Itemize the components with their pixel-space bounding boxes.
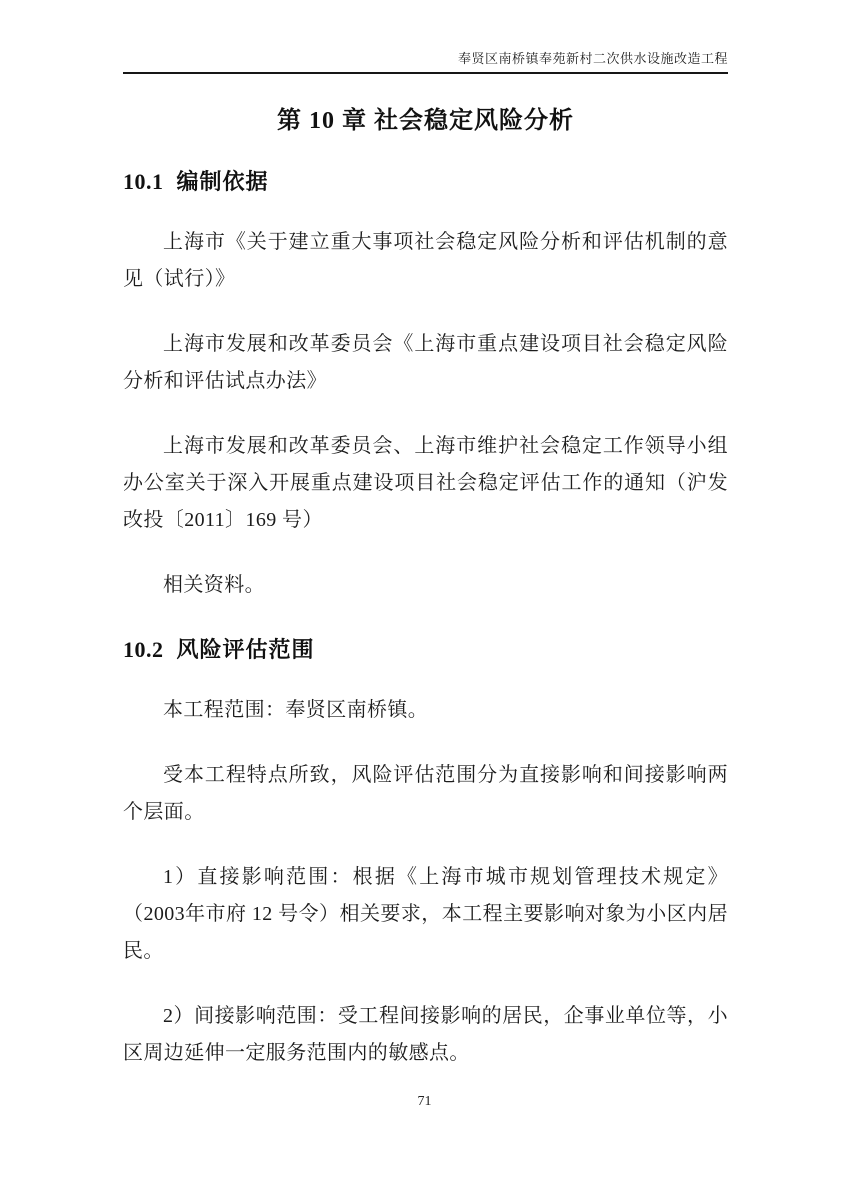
paragraph: 2）间接影响范围：受工程间接影响的居民，企事业单位等，小区周边延伸一定服务范围内… [123, 998, 728, 1072]
section-heading-10-1: 10.1编制依据 [123, 168, 728, 196]
section-number: 10.2 [123, 637, 164, 662]
paragraph: 本工程范围：奉贤区南桥镇。 [123, 692, 728, 729]
section-title: 风险评估范围 [177, 637, 315, 662]
page-content: 奉贤区南桥镇奉苑新村二次供水设施改造工程 第 10 章 社会稳定风险分析 10.… [0, 0, 849, 1072]
section-heading-10-2: 10.2风险评估范围 [123, 636, 728, 664]
paragraph: 相关资料。 [123, 567, 728, 604]
running-header: 奉贤区南桥镇奉苑新村二次供水设施改造工程 [123, 0, 728, 74]
section-title: 编制依据 [177, 169, 269, 194]
document-page: 奉贤区南桥镇奉苑新村二次供水设施改造工程 第 10 章 社会稳定风险分析 10.… [0, 0, 849, 1200]
paragraph: 上海市发展和改革委员会《上海市重点建设项目社会稳定风险分析和评估试点办法》 [123, 326, 728, 400]
section-number: 10.1 [123, 169, 164, 194]
chapter-title: 第 10 章 社会稳定风险分析 [123, 106, 728, 136]
paragraph: 上海市发展和改革委员会、上海市维护社会稳定工作领导小组办公室关于深入开展重点建设… [123, 428, 728, 539]
paragraph: 上海市《关于建立重大事项社会稳定风险分析和评估机制的意见（试行）》 [123, 224, 728, 298]
paragraph: 1）直接影响范围：根据《上海市城市规划管理技术规定》（2003年市府 12 号令… [123, 859, 728, 970]
paragraph: 受本工程特点所致，风险评估范围分为直接影响和间接影响两个层面。 [123, 757, 728, 831]
page-number: 71 [0, 1094, 849, 1110]
